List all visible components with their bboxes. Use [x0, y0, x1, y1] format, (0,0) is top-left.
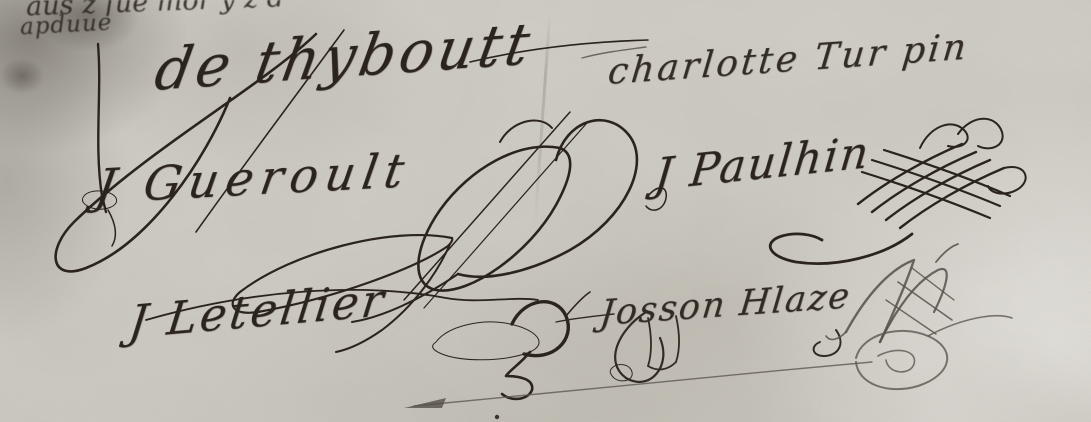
- pencil-circle-paraph: [404, 316, 1012, 408]
- marginalia-second-line: apduue: [19, 10, 113, 41]
- bottom-center-ink-dot: [495, 415, 499, 419]
- manuscript-page: aus z fue mor y z d apduue de thyboutt c…: [0, 0, 1091, 422]
